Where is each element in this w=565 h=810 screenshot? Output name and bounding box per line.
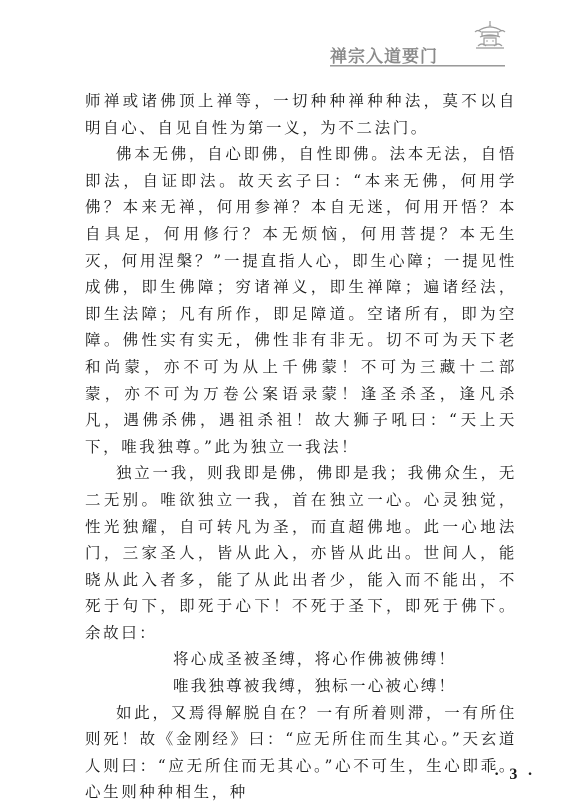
- paragraph-continuation: 师禅或诸佛顶上禅等，一切种种禅种种法，莫不以自明自心、自见自性为第一义，为不二法…: [85, 88, 517, 141]
- verse-line: 将心成圣被圣缚，将心作佛被佛缚！: [85, 646, 517, 673]
- page-body: 师禅或诸佛顶上禅等，一切种种禅种种法，莫不以自明自心、自见自性为第一义，为不二法…: [85, 88, 517, 806]
- verse-line: 唯我独尊被我缚，独标一心被心缚！: [85, 673, 517, 700]
- paragraph: 如此，又焉得解脱自在？一有所着则滞，一有所住则死！故《金刚经》曰：“应无所住而生…: [85, 700, 517, 806]
- pagoda-ornament-icon: [472, 20, 508, 52]
- header-rule: [330, 65, 505, 67]
- paragraph: 佛本无佛，自心即佛，自性即佛。法本无法，自悟即法，自证即法。故天玄子曰：“本来无…: [85, 141, 517, 460]
- page-number: · 3 ·: [494, 766, 536, 784]
- paragraph: 独立一我，则我即是佛，佛即是我；我佛众生，无二无别。唯欲独立一我，首在独立一心。…: [85, 460, 517, 646]
- book-title: 禅宗入道要门: [330, 42, 438, 67]
